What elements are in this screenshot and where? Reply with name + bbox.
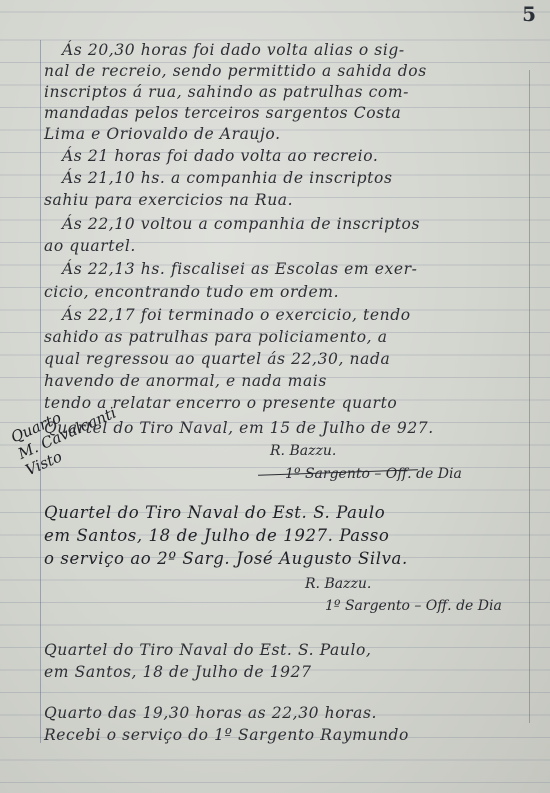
text-line: qual regressou ao quartel ás 22,30, nada — [44, 349, 526, 369]
text-line: Ás 22,17 foi terminado o exercicio, tend… — [44, 305, 526, 325]
text-line: havendo de anormal, e nada mais — [44, 371, 526, 391]
text-line: Ás 22,13 hs. fiscalisei as Escolas em ex… — [44, 259, 526, 279]
text-line: nal de recreio, sendo permittido a sahid… — [44, 61, 526, 81]
text-line: cicio, encontrando tudo em ordem. — [44, 282, 526, 302]
text-line: Ás 20,30 horas foi dado volta alias o si… — [44, 40, 526, 60]
text-line: Quartel do Tiro Naval do Est. S. Paulo — [44, 503, 526, 523]
signature: R. Bazzu. — [270, 443, 336, 459]
left-margin-rule — [40, 40, 41, 743]
text-line: em Santos, 18 de Julho de 1927 — [44, 662, 526, 682]
text-line: o serviço ao 2º Sarg. José Augusto Silva… — [44, 549, 526, 569]
text-line: inscriptos á rua, sahindo as patrulhas c… — [44, 82, 526, 102]
text-line: Ás 21,10 hs. a companhia de inscriptos — [44, 168, 526, 188]
signature-title: 1º Sargento – Off. de Dia — [285, 466, 462, 482]
text-line: tendo a relatar encerro o presente quart… — [44, 393, 526, 413]
text-line: mandadas pelos terceiros sargentos Costa — [44, 103, 526, 123]
signature-title: 1º Sargento – Off. de Dia — [325, 598, 502, 614]
text-line: Recebi o serviço do 1º Sargento Raymundo — [44, 725, 526, 745]
text-line: Quarto das 19,30 horas as 22,30 horas. — [44, 703, 526, 723]
text-line: Ás 21 horas foi dado volta ao recreio. — [44, 146, 526, 166]
text-line: sahiu para exercicios na Rua. — [44, 190, 526, 210]
page-number: 5 — [522, 2, 536, 26]
text-line: Lima e Oriovaldo de Araujo. — [44, 124, 526, 144]
text-line: sahido as patrulhas para policiamento, a — [44, 327, 526, 347]
text-line: ao quartel. — [44, 236, 526, 256]
ledger-page: 5 Ás 20,30 horas foi dado volta alias o … — [0, 0, 550, 793]
text-line: Quartel do Tiro Naval do Est. S. Paulo, — [44, 640, 526, 660]
right-margin-rule — [529, 70, 530, 723]
text-line: em Santos, 18 de Julho de 1927. Passo — [44, 526, 526, 546]
text-line: Ás 22,10 voltou a companhia de inscripto… — [44, 214, 526, 234]
signature: R. Bazzu. — [305, 576, 371, 592]
